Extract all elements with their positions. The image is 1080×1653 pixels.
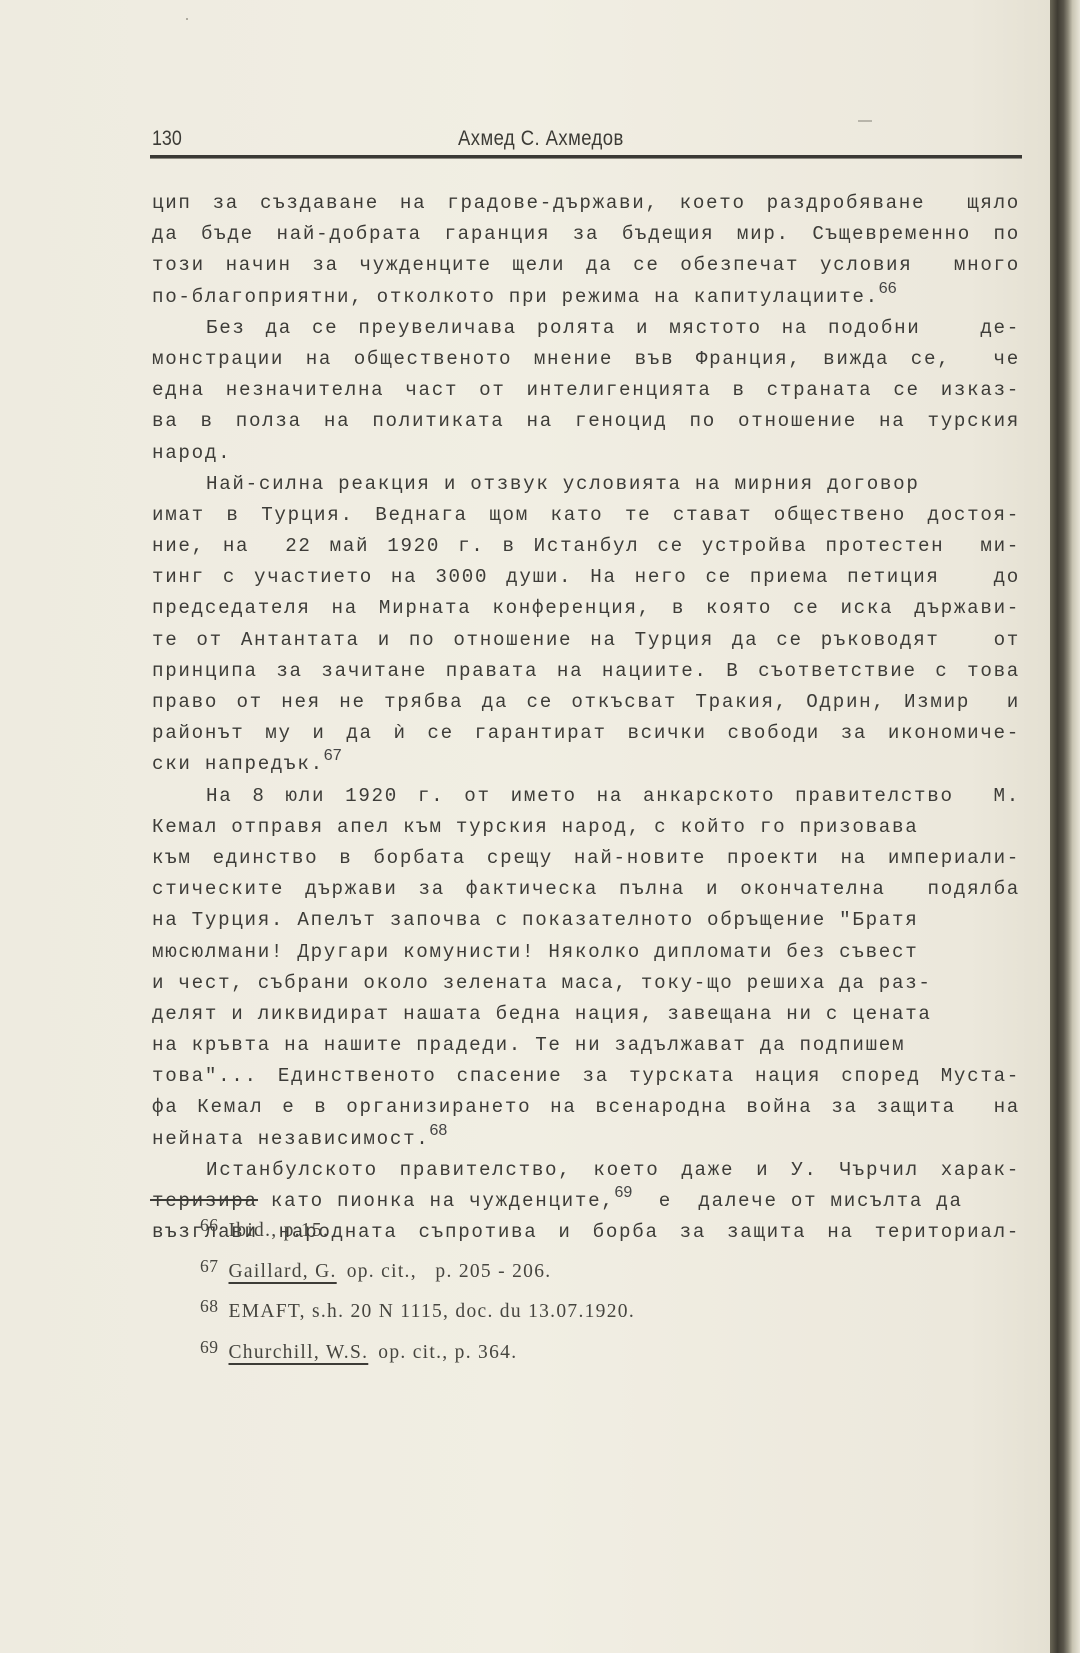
book-page: 130 Ахмед С. Ахмедов цип за създаване на… bbox=[0, 0, 1052, 1653]
footnote-separator bbox=[150, 1199, 258, 1201]
text-line: по-благоприятни, отколкото при режима на… bbox=[152, 282, 1020, 313]
line-text: имат в Турция. Веднага щом като те става… bbox=[152, 504, 1020, 526]
footnote-author: Churchill, W.S. bbox=[229, 1342, 369, 1363]
line-text: председателя на Мирната конференция, в к… bbox=[152, 597, 1020, 619]
scan-speck bbox=[556, 1202, 558, 1204]
scan-speck bbox=[186, 18, 188, 20]
text-line: мюсюлмани! Другари комунисти! Няколко ди… bbox=[152, 937, 1020, 968]
line-text: районът му и да ѝ се гарантират всички с… bbox=[152, 722, 1020, 744]
line-text: ва в полза на политиката на геноцид по о… bbox=[152, 410, 1020, 432]
text-line: тинг с участието на 3000 души. На него с… bbox=[152, 562, 1020, 593]
text-line: Най-силна реакция и отзвук условията на … bbox=[152, 469, 1020, 500]
text-line: на кръвта на нашите прадеди. Те ни задъл… bbox=[152, 1030, 1020, 1061]
footnote-69: 69Churchill, W.S.op. cit., p. 364. bbox=[200, 1327, 900, 1368]
footnote-text: op. cit., p. 364. bbox=[378, 1342, 517, 1363]
text-line: те от Антантата и по отношение на Турция… bbox=[152, 625, 1020, 656]
line-text: те от Антантата и по отношение на Турция… bbox=[152, 629, 1020, 651]
footnote-68: 68EMAFT, s.h. 20 N 1115, doc. du 13.07.1… bbox=[200, 1286, 900, 1327]
text-line: ние, на 22 май 1920 г. в Истанбул се уст… bbox=[152, 531, 1020, 562]
line-text: това"... Единственото спасение за турска… bbox=[152, 1065, 1020, 1087]
line-text: на кръвта на нашите прадеди. Те ни задъл… bbox=[152, 1034, 905, 1056]
footnote-author: Gaillard, G. bbox=[229, 1261, 337, 1282]
footnote-reference[interactable]: 69 bbox=[615, 1184, 633, 1201]
page-number: 130 bbox=[152, 127, 182, 151]
text-line: това"... Единственото спасение за турска… bbox=[152, 1061, 1020, 1092]
line-text: фа Кемал е в организирането на всенародн… bbox=[152, 1096, 1020, 1118]
line-text: нейната независимост. bbox=[152, 1128, 430, 1150]
text-line: ски напредък.67 bbox=[152, 749, 1020, 780]
line-text: делят и ликвидират нашата бедна нация, з… bbox=[152, 1003, 932, 1025]
line-text: тинг с участието на 3000 души. На него с… bbox=[152, 566, 1020, 588]
footnote-number: 69 bbox=[200, 1337, 219, 1357]
line-text: да бъде най-добрата гаранция за бъдещия … bbox=[152, 223, 1020, 245]
footnote-reference[interactable]: 66 bbox=[879, 280, 897, 297]
text-line: право от нея не трябва да се откъсват Тр… bbox=[152, 687, 1020, 718]
text-line: към единство в борбата срещу най-новите … bbox=[152, 843, 1020, 874]
text-line: стическите държави за фактическа пълна и… bbox=[152, 874, 1020, 905]
line-text: монстрации на общественото мнение във Фр… bbox=[152, 348, 1020, 370]
text-line: ва в полза на политиката на геноцид по о… bbox=[152, 406, 1020, 437]
text-line: да бъде най-добрата гаранция за бъдещия … bbox=[152, 219, 1020, 250]
text-line: председателя на Мирната конференция, в к… bbox=[152, 593, 1020, 624]
text-line: този начин за чужденците щели да се обез… bbox=[152, 250, 1020, 281]
line-text: стическите държави за фактическа пълна и… bbox=[152, 878, 1020, 900]
line-text: народ. bbox=[152, 442, 231, 464]
footnote-text: op. cit., p. 205 - 206. bbox=[347, 1261, 552, 1282]
text-line: монстрации на общественото мнение във Фр… bbox=[152, 344, 1020, 375]
text-line: цип за създаване на градове-държави, кое… bbox=[152, 188, 1020, 219]
scan-mark bbox=[858, 120, 872, 122]
footnotes: 66Ibid., p.15.67Gaillard, G.op. cit., p.… bbox=[200, 1205, 900, 1367]
text-line: Кемал отправя апел към турския народ, с … bbox=[152, 812, 1020, 843]
text-line: нейната независимост.68 bbox=[152, 1124, 1020, 1155]
footnote-reference[interactable]: 68 bbox=[430, 1122, 448, 1139]
running-head-author: Ахмед С. Ахмедов bbox=[458, 127, 624, 151]
line-text: цип за създаване на градове-държави, кое… bbox=[152, 192, 1020, 214]
line-text: Кемал отправя апел към турския народ, с … bbox=[152, 816, 918, 838]
text-line: Истанбулското правителство, което даже и… bbox=[152, 1155, 1020, 1186]
line-text: На 8 юли 1920 г. от името на анкарското … bbox=[206, 785, 1020, 807]
line-text: Без да се преувеличава ролята и мястото … bbox=[206, 317, 1020, 339]
line-text: Най-силна реакция и отзвук условията на … bbox=[206, 473, 920, 495]
text-line: На 8 юли 1920 г. от името на анкарското … bbox=[152, 781, 1020, 812]
line-text: принципа за зачитане правата на нациите.… bbox=[152, 660, 1020, 682]
footnote-number: 66 bbox=[200, 1215, 219, 1235]
text-line: имат в Турция. Веднага щом като те става… bbox=[152, 500, 1020, 531]
text-line: фа Кемал е в организирането на всенародн… bbox=[152, 1092, 1020, 1123]
line-text: и чест, събрани около зелената маса, ток… bbox=[152, 972, 932, 994]
text-line: и чест, събрани около зелената маса, ток… bbox=[152, 968, 1020, 999]
line-text: Истанбулското правителство, което даже и… bbox=[206, 1159, 1020, 1181]
line-text: този начин за чужденците щели да се обез… bbox=[152, 254, 1020, 276]
header-rule bbox=[150, 155, 1022, 159]
line-text: към единство в борбата срещу най-новите … bbox=[152, 847, 1020, 869]
book-binding-edge bbox=[1050, 0, 1080, 1653]
page-header: 130 Ахмед С. Ахмедов bbox=[152, 127, 1020, 157]
line-text: ние, на 22 май 1920 г. в Истанбул се уст… bbox=[152, 535, 1020, 557]
body-text: цип за създаване на градове-държави, кое… bbox=[152, 188, 1032, 1248]
text-line: Без да се преувеличава ролята и мястото … bbox=[152, 313, 1020, 344]
line-text: право от нея не трябва да се откъсват Тр… bbox=[152, 691, 1020, 713]
line-text: на Турция. Апелът започва с показателнот… bbox=[152, 909, 918, 931]
line-text: ски напредък. bbox=[152, 753, 324, 775]
text-line: принципа за зачитане правата на нациите.… bbox=[152, 656, 1020, 687]
text-line: районът му и да ѝ се гарантират всички с… bbox=[152, 718, 1020, 749]
text-line: делят и ликвидират нашата бедна нация, з… bbox=[152, 999, 1020, 1030]
footnote-text: EMAFT, s.h. 20 N 1115, doc. du 13.07.192… bbox=[229, 1301, 636, 1322]
footnote-text: Ibid., p.15. bbox=[229, 1220, 330, 1241]
footnote-67: 67Gaillard, G.op. cit., p. 205 - 206. bbox=[200, 1246, 900, 1287]
line-text: мюсюлмани! Другари комунисти! Няколко ди… bbox=[152, 941, 918, 963]
text-line: на Турция. Апелът започва с показателнот… bbox=[152, 905, 1020, 936]
footnote-66: 66Ibid., p.15. bbox=[200, 1205, 900, 1246]
line-text: по-благоприятни, отколкото при режима на… bbox=[152, 286, 879, 308]
line-text: една незначителна част от интелигенцията… bbox=[152, 379, 1020, 401]
footnote-reference[interactable]: 67 bbox=[324, 747, 342, 764]
text-line: една незначителна част от интелигенцията… bbox=[152, 375, 1020, 406]
footnote-number: 67 bbox=[200, 1256, 219, 1276]
footnote-number: 68 bbox=[200, 1296, 219, 1316]
text-line: народ. bbox=[152, 438, 1020, 469]
